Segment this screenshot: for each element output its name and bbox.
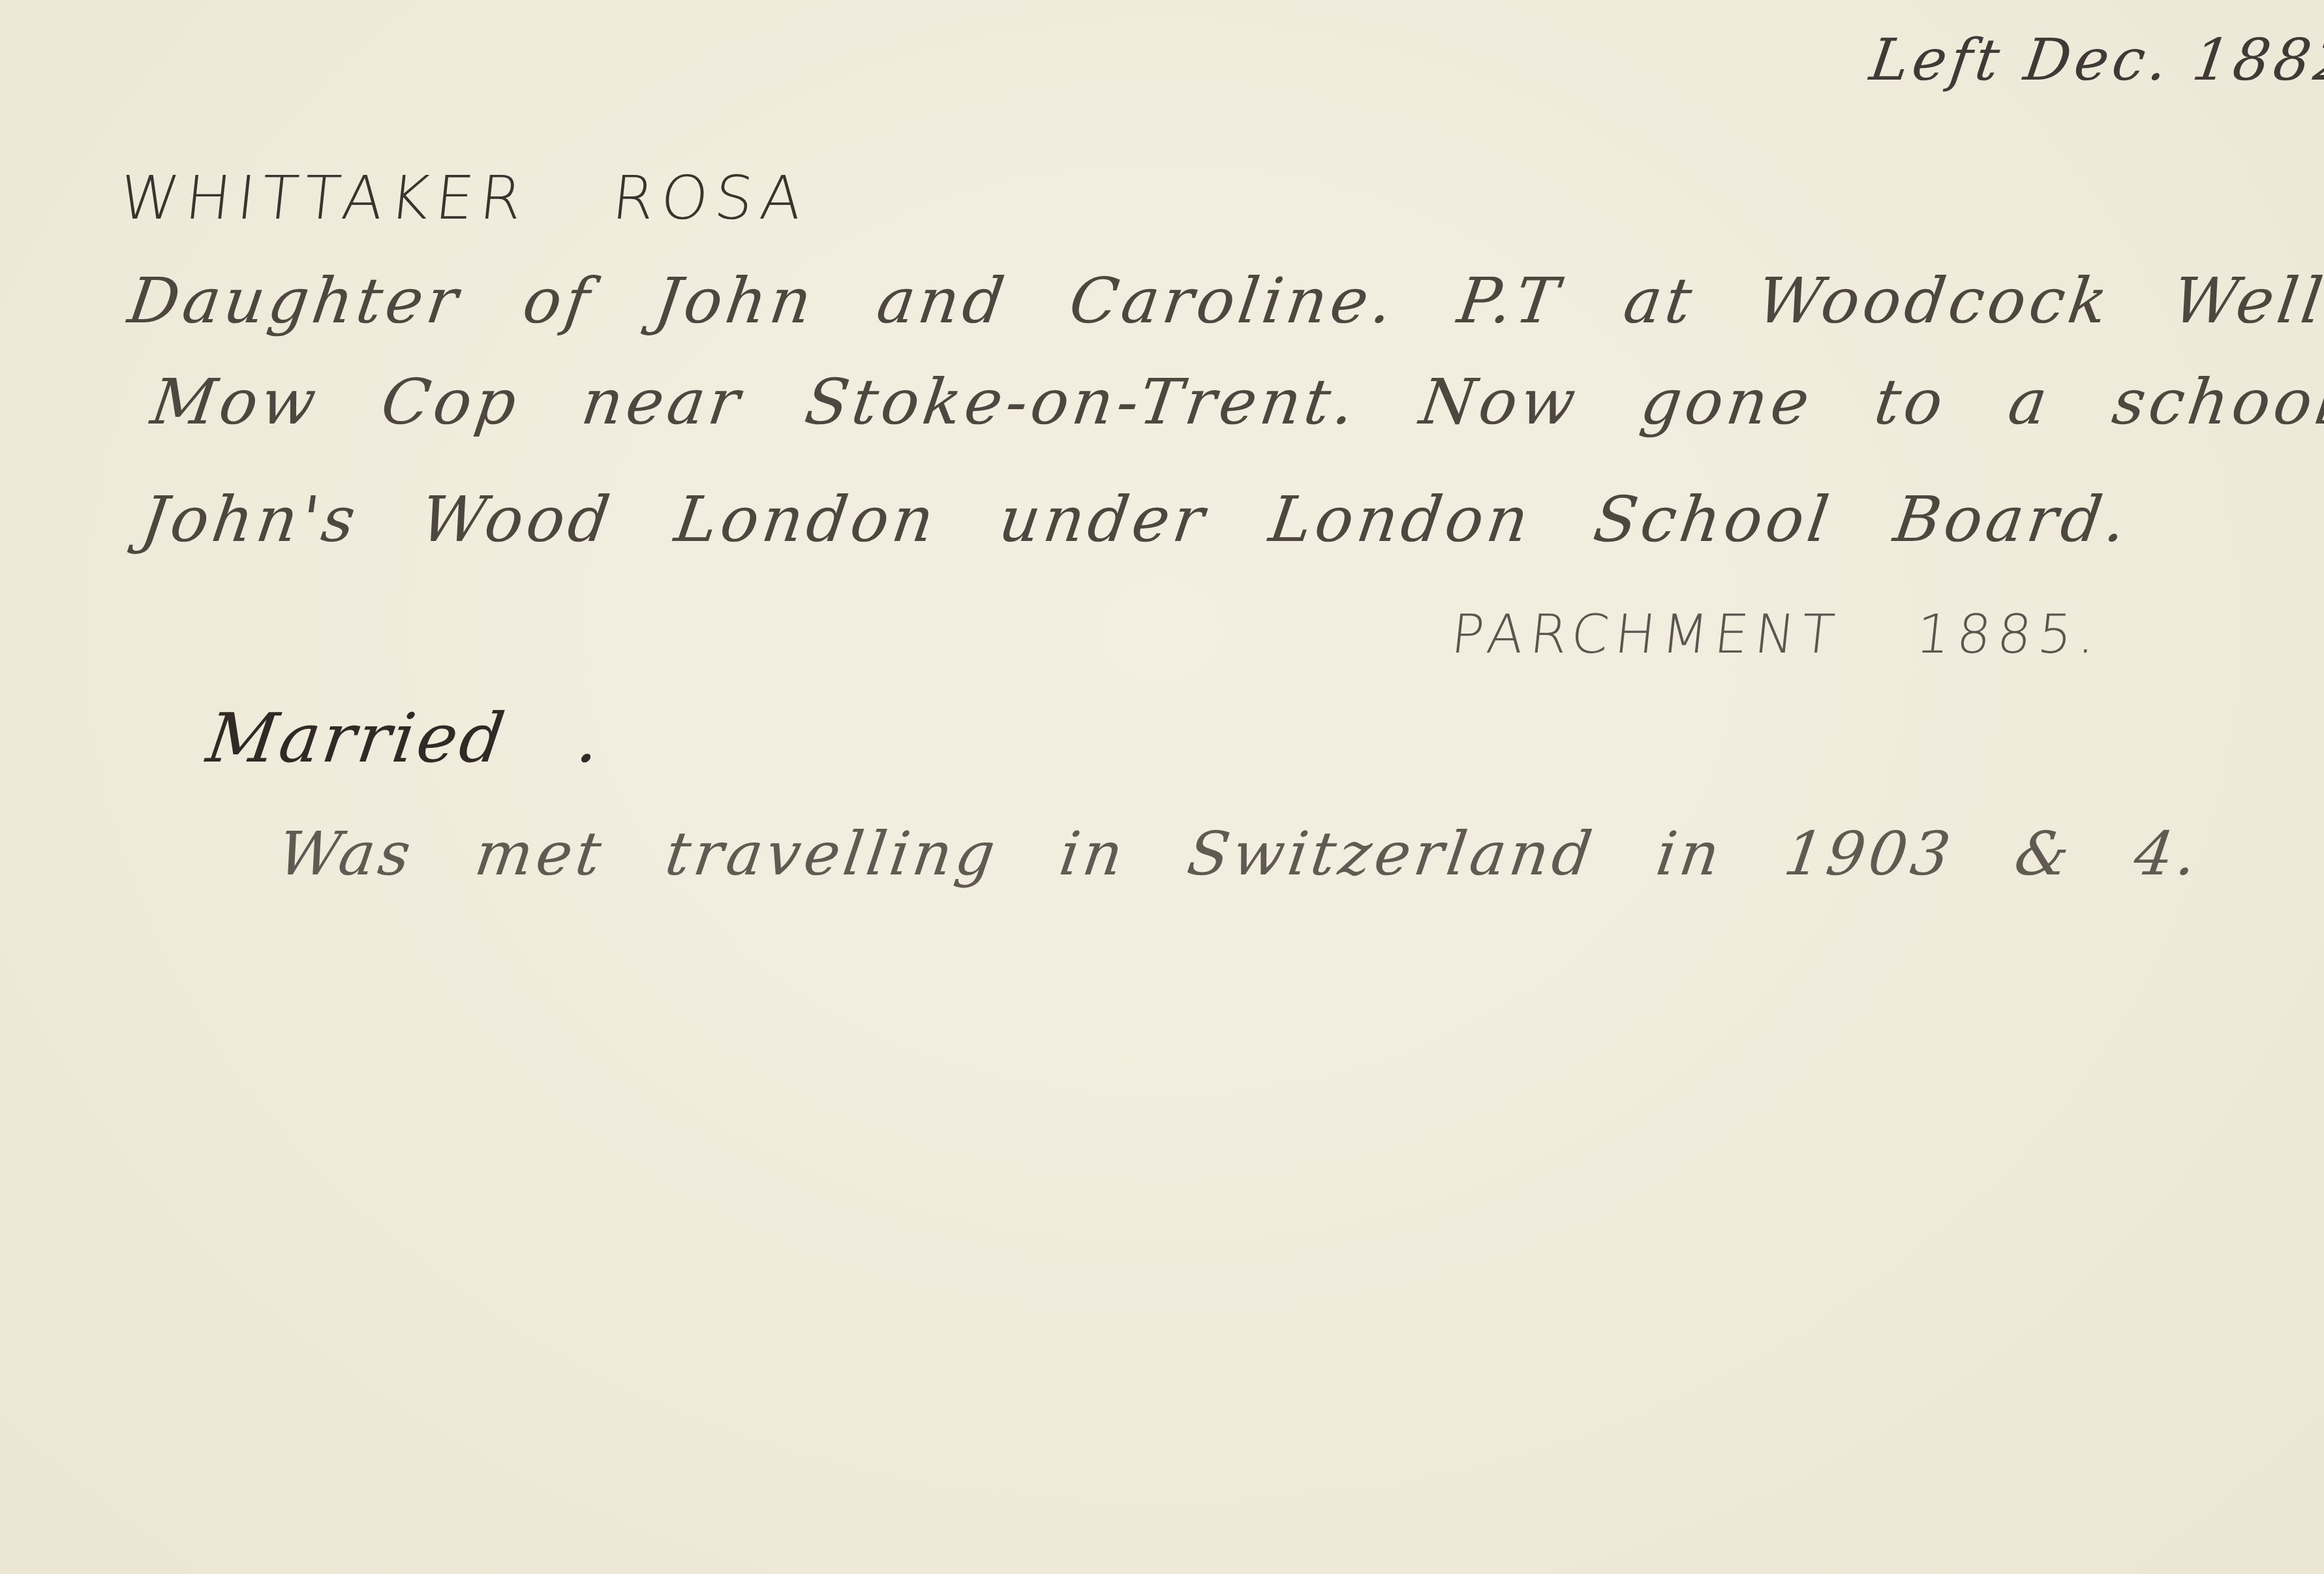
left-date-note: Left Dec. 1882. bbox=[1866, 26, 2324, 93]
entry-body-line-2: Mow Cop near Stoke-on-Trent. Now gone to… bbox=[147, 365, 2324, 439]
later-travel-note: Was met travelling in Switzerland in 190… bbox=[274, 819, 2205, 889]
forename: ROSA bbox=[609, 163, 812, 233]
marital-status: Married. bbox=[202, 698, 608, 778]
parchment-certificate-note: PARCHMENT 1885. bbox=[1448, 604, 2105, 666]
entry-name: WHITTAKER ROSA bbox=[116, 163, 812, 233]
surname: WHITTAKER bbox=[116, 163, 532, 233]
paper-background bbox=[0, 0, 2324, 1574]
married-label: Married bbox=[202, 698, 512, 778]
entry-body-line-3: John's Wood London under London School B… bbox=[137, 483, 2134, 556]
entry-body-line-1: Daughter of John and Caroline. P.T at Wo… bbox=[124, 264, 2324, 337]
